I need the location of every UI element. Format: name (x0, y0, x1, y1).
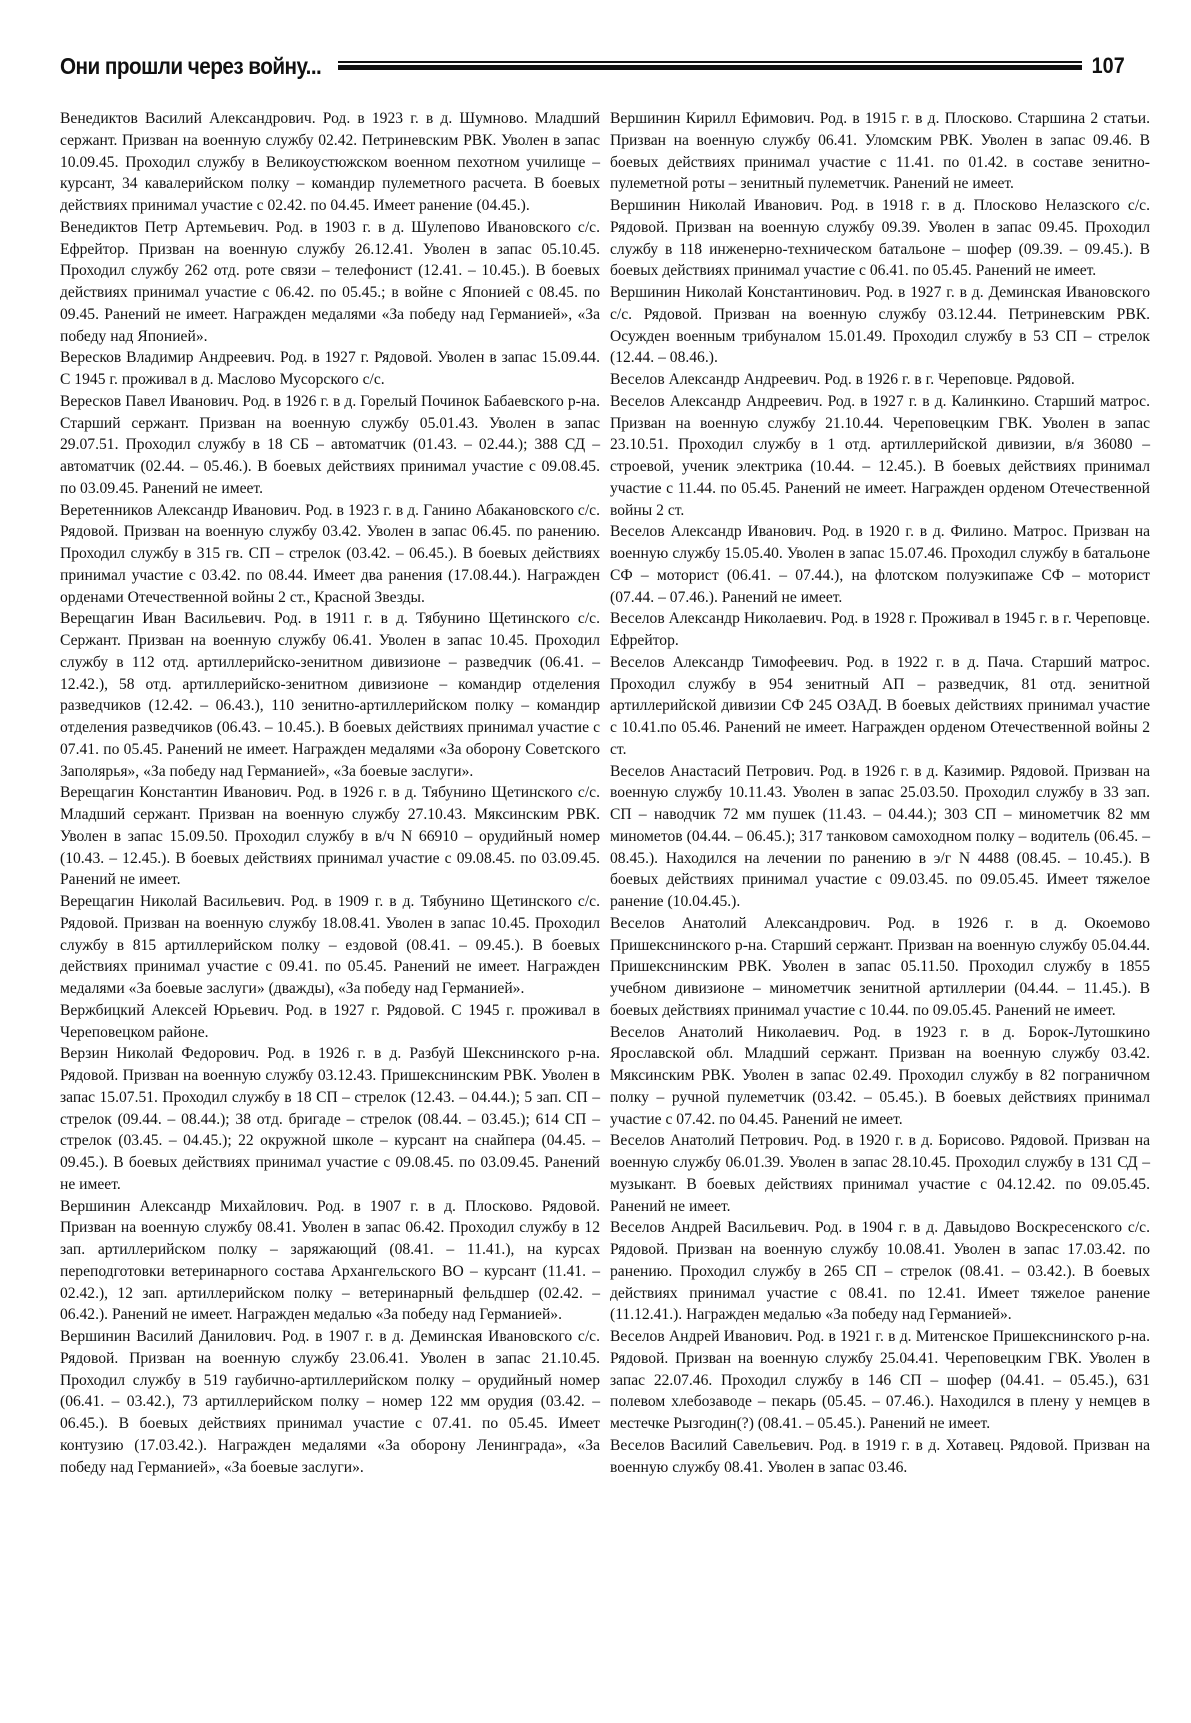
biography-entry: Веселов Анатолий Николаевич. Род. в 1923… (610, 1022, 1150, 1131)
biography-entry: Веретенников Александр Иванович. Род. в … (60, 500, 600, 609)
biography-entry: Веселов Анатолий Александрович. Род. в 1… (610, 913, 1150, 1022)
left-column: Венедиктов Василий Александрович. Род. в… (60, 108, 600, 1478)
biography-entry: Веселов Анастасий Петрович. Род. в 1926 … (610, 761, 1150, 913)
biography-entry: Вершинин Василий Данилович. Род. в 1907 … (60, 1326, 600, 1478)
biography-entry: Вершинин Александр Михайлович. Род. в 19… (60, 1196, 600, 1327)
biography-entry: Верещагин Николай Васильевич. Род. в 190… (60, 891, 600, 1000)
biography-entry: Веселов Александр Иванович. Род. в 1920 … (610, 521, 1150, 608)
biography-entry: Вересков Владимир Андреевич. Род. в 1927… (60, 347, 600, 391)
biography-entry: Веселов Андрей Иванович. Род. в 1921 г. … (610, 1326, 1150, 1435)
biography-entry: Веселов Андрей Васильевич. Род. в 1904 г… (610, 1217, 1150, 1326)
header-rule-divider (338, 59, 1082, 73)
page-number: 107 (1092, 53, 1125, 79)
biography-entry: Венедиктов Петр Артемьевич. Род. в 1903 … (60, 217, 600, 348)
right-column: Вершинин Кирилл Ефимович. Род. в 1915 г.… (610, 108, 1150, 1478)
biography-entry: Верзин Николай Федорович. Род. в 1926 г.… (60, 1043, 600, 1195)
biography-entry: Вершинин Николай Константинович. Род. в … (610, 282, 1150, 369)
biography-entry: Вершинин Кирилл Ефимович. Род. в 1915 г.… (610, 108, 1150, 195)
biography-entry: Верещагин Константин Иванович. Род. в 19… (60, 782, 600, 891)
biography-entry: Веселов Василий Савельевич. Род. в 1919 … (610, 1435, 1150, 1479)
biography-entry: Вересков Павел Иванович. Род. в 1926 г. … (60, 391, 600, 500)
biography-entry: Веселов Анатолий Петрович. Род. в 1920 г… (610, 1130, 1150, 1217)
biography-entry: Веселов Александр Андреевич. Род. в 1926… (610, 369, 1150, 391)
biography-entry: Вержбицкий Алексей Юрьевич. Род. в 1927 … (60, 1000, 600, 1044)
biography-entry: Вершинин Николай Иванович. Род. в 1918 г… (610, 195, 1150, 282)
biography-entry: Веселов Александр Андреевич. Род. в 1927… (610, 391, 1150, 522)
biography-entry: Веселов Александр Николаевич. Род. в 192… (610, 608, 1150, 652)
page-header: Они прошли через войну... 107 (60, 48, 1125, 84)
biography-entry: Верещагин Иван Васильевич. Род. в 1911 г… (60, 608, 600, 782)
running-title: Они прошли через войну... (60, 53, 321, 80)
biography-entry: Венедиктов Василий Александрович. Род. в… (60, 108, 600, 217)
biography-entry: Веселов Александр Тимофеевич. Род. в 192… (610, 652, 1150, 761)
